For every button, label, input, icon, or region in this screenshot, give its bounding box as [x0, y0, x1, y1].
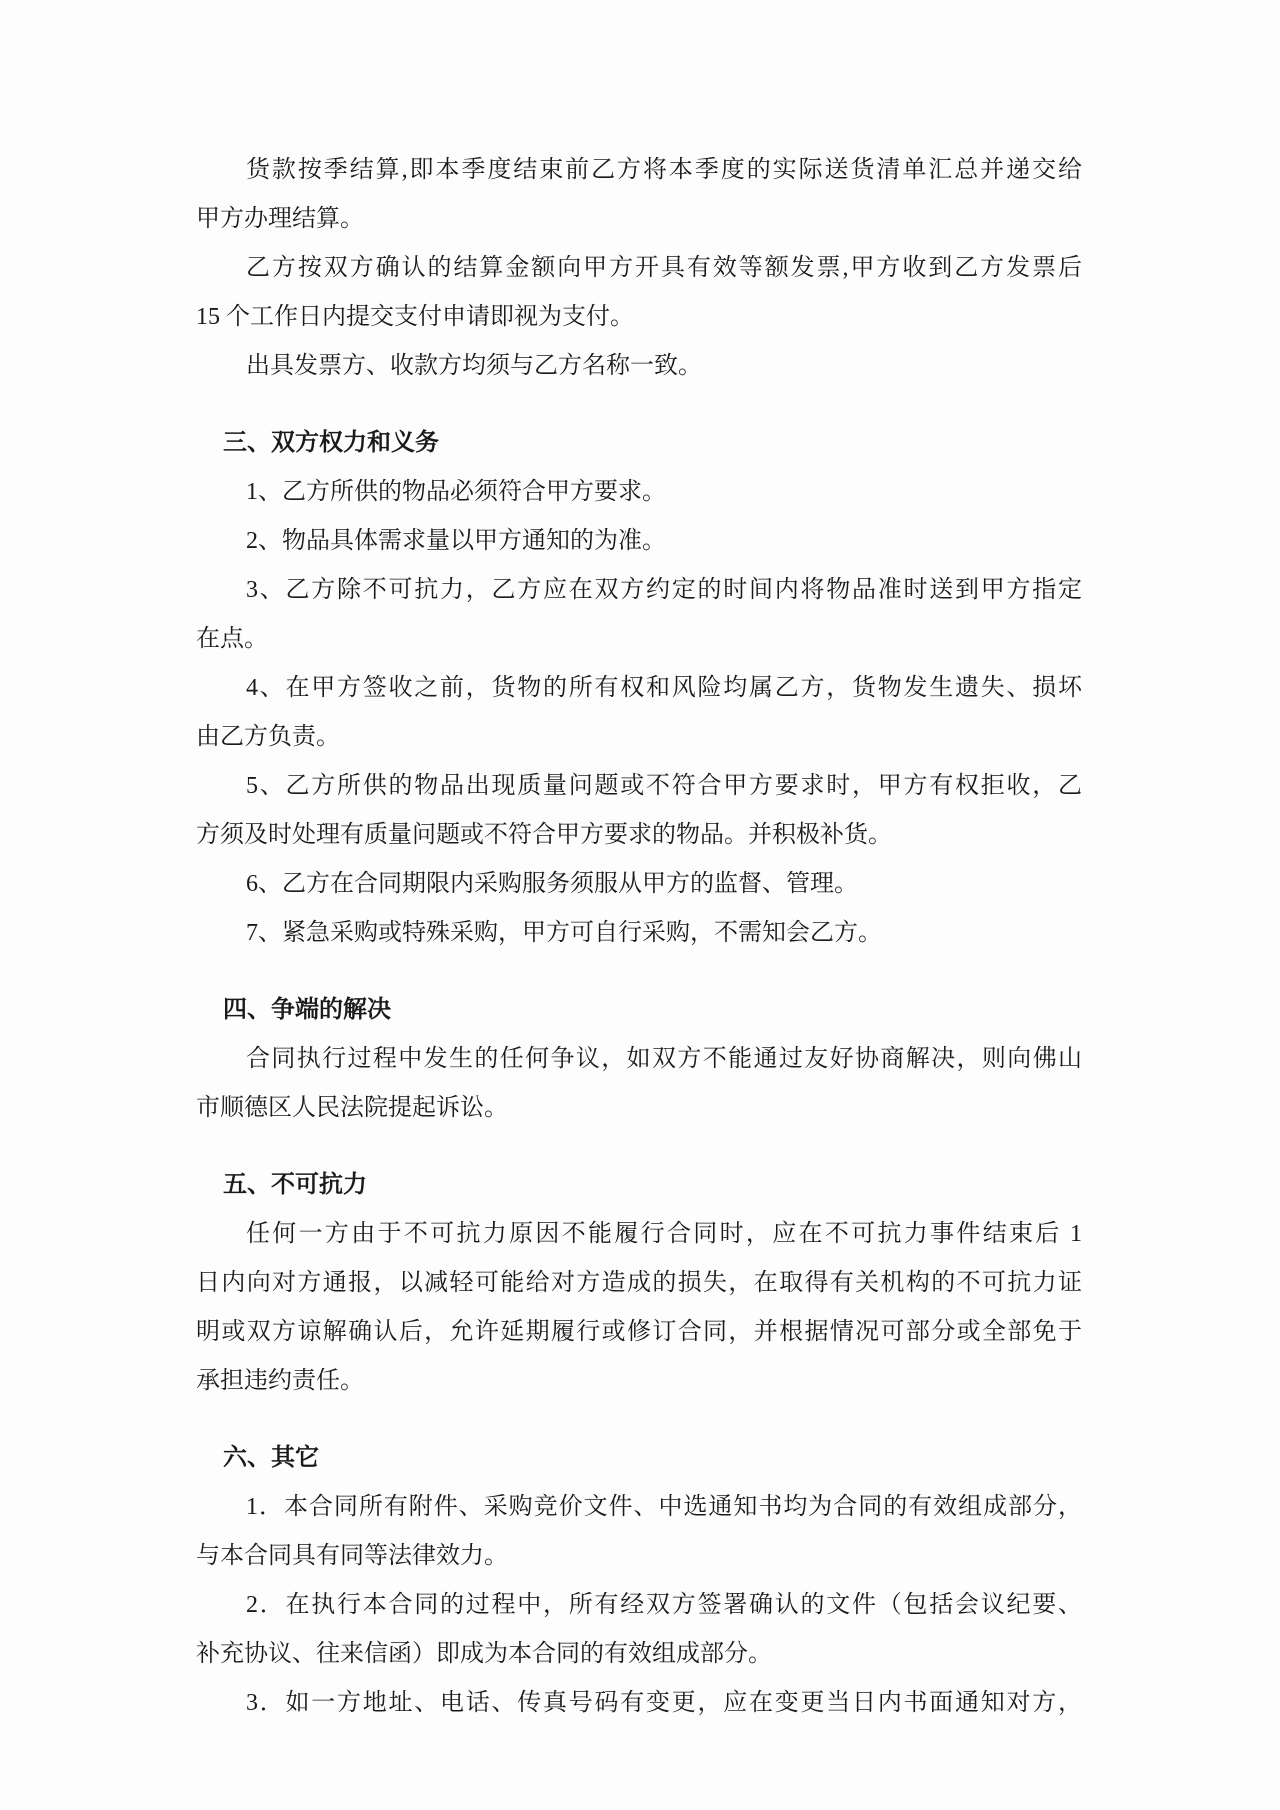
text-line: 3、乙方除不可抗力，乙方应在双方约定的时间内将物品准时送到甲方指定	[196, 566, 1082, 615]
text-line: 方须及时处理有质量问题或不符合甲方要求的物品。并积极补货。	[196, 811, 1082, 860]
text-line: 合同执行过程中发生的任何争议，如双方不能通过友好协商解决，则向佛山	[196, 1035, 1082, 1084]
text-line: 在点。	[196, 615, 1082, 664]
paragraph: 出具发票方、收款方均须与乙方名称一致。	[196, 342, 1082, 391]
paragraph: 乙方按双方确认的结算金额向甲方开具有效等额发票,甲方收到乙方发票后15 个工作日…	[196, 244, 1082, 342]
text-line: 2、物品具体需求量以甲方通知的为准。	[196, 517, 1082, 566]
paragraph: 1、乙方所供的物品必须符合甲方要求。	[196, 468, 1082, 517]
paragraph: 5、乙方所供的物品出现质量问题或不符合甲方要求时，甲方有权拒收，乙方须及时处理有…	[196, 762, 1082, 860]
paragraph: 合同执行过程中发生的任何争议，如双方不能通过友好协商解决，则向佛山市顺德区人民法…	[196, 1035, 1082, 1133]
text-line: 15 个工作日内提交支付申请即视为支付。	[196, 293, 1082, 342]
section-heading: 三、双方权力和义务	[196, 419, 1082, 468]
text-line: 7、紧急采购或特殊采购，甲方可自行采购，不需知会乙方。	[196, 909, 1082, 958]
paragraph: 货款按季结算,即本季度结束前乙方将本季度的实际送货清单汇总并递交给甲方办理结算。	[196, 146, 1082, 244]
paragraph: 4、在甲方签收之前，货物的所有权和风险均属乙方，货物发生遗失、损坏由乙方负责。	[196, 664, 1082, 762]
text-line: 市顺德区人民法院提起诉讼。	[196, 1084, 1082, 1133]
text-line: 日内向对方通报，以减轻可能给对方造成的损失，在取得有关机构的不可抗力证	[196, 1259, 1082, 1308]
text-line: 2．在执行本合同的过程中，所有经双方签署确认的文件（包括会议纪要、	[196, 1581, 1082, 1630]
paragraph: 2．在执行本合同的过程中，所有经双方签署确认的文件（包括会议纪要、补充协议、往来…	[196, 1581, 1082, 1679]
paragraph: 3、乙方除不可抗力，乙方应在双方约定的时间内将物品准时送到甲方指定在点。	[196, 566, 1082, 664]
text-line: 补充协议、往来信函）即成为本合同的有效组成部分。	[196, 1630, 1082, 1679]
text-line: 乙方按双方确认的结算金额向甲方开具有效等额发票,甲方收到乙方发票后	[196, 244, 1082, 293]
paragraph: 2、物品具体需求量以甲方通知的为准。	[196, 517, 1082, 566]
contract-page: 货款按季结算,即本季度结束前乙方将本季度的实际送货清单汇总并递交给甲方办理结算。…	[0, 0, 1280, 1810]
text-line: 任何一方由于不可抗力原因不能履行合同时，应在不可抗力事件结束后 1	[196, 1210, 1082, 1259]
text-line: 货款按季结算,即本季度结束前乙方将本季度的实际送货清单汇总并递交给	[196, 146, 1082, 195]
text-line: 出具发票方、收款方均须与乙方名称一致。	[196, 342, 1082, 391]
paragraph: 任何一方由于不可抗力原因不能履行合同时，应在不可抗力事件结束后 1日内向对方通报…	[196, 1210, 1082, 1406]
paragraph: 1．本合同所有附件、采购竞价文件、中选通知书均为合同的有效组成部分，与本合同具有…	[196, 1483, 1082, 1581]
text-line: 6、乙方在合同期限内采购服务须服从甲方的监督、管理。	[196, 860, 1082, 909]
text-line: 3．如一方地址、电话、传真号码有变更，应在变更当日内书面通知对方，	[196, 1679, 1082, 1728]
text-line: 1、乙方所供的物品必须符合甲方要求。	[196, 468, 1082, 517]
text-line: 甲方办理结算。	[196, 195, 1082, 244]
text-line: 与本合同具有同等法律效力。	[196, 1532, 1082, 1581]
section-heading: 五、不可抗力	[196, 1161, 1082, 1210]
paragraph: 3．如一方地址、电话、传真号码有变更，应在变更当日内书面通知对方，	[196, 1679, 1082, 1728]
text-line: 1．本合同所有附件、采购竞价文件、中选通知书均为合同的有效组成部分，	[196, 1483, 1082, 1532]
section-heading: 六、其它	[196, 1434, 1082, 1483]
section-heading: 四、争端的解决	[196, 986, 1082, 1035]
paragraph: 6、乙方在合同期限内采购服务须服从甲方的监督、管理。	[196, 860, 1082, 909]
text-line: 5、乙方所供的物品出现质量问题或不符合甲方要求时，甲方有权拒收，乙	[196, 762, 1082, 811]
text-line: 承担违约责任。	[196, 1357, 1082, 1406]
paragraph: 7、紧急采购或特殊采购，甲方可自行采购，不需知会乙方。	[196, 909, 1082, 958]
text-line: 由乙方负责。	[196, 713, 1082, 762]
text-line: 4、在甲方签收之前，货物的所有权和风险均属乙方，货物发生遗失、损坏	[196, 664, 1082, 713]
text-line: 明或双方谅解确认后，允许延期履行或修订合同，并根据情况可部分或全部免于	[196, 1308, 1082, 1357]
